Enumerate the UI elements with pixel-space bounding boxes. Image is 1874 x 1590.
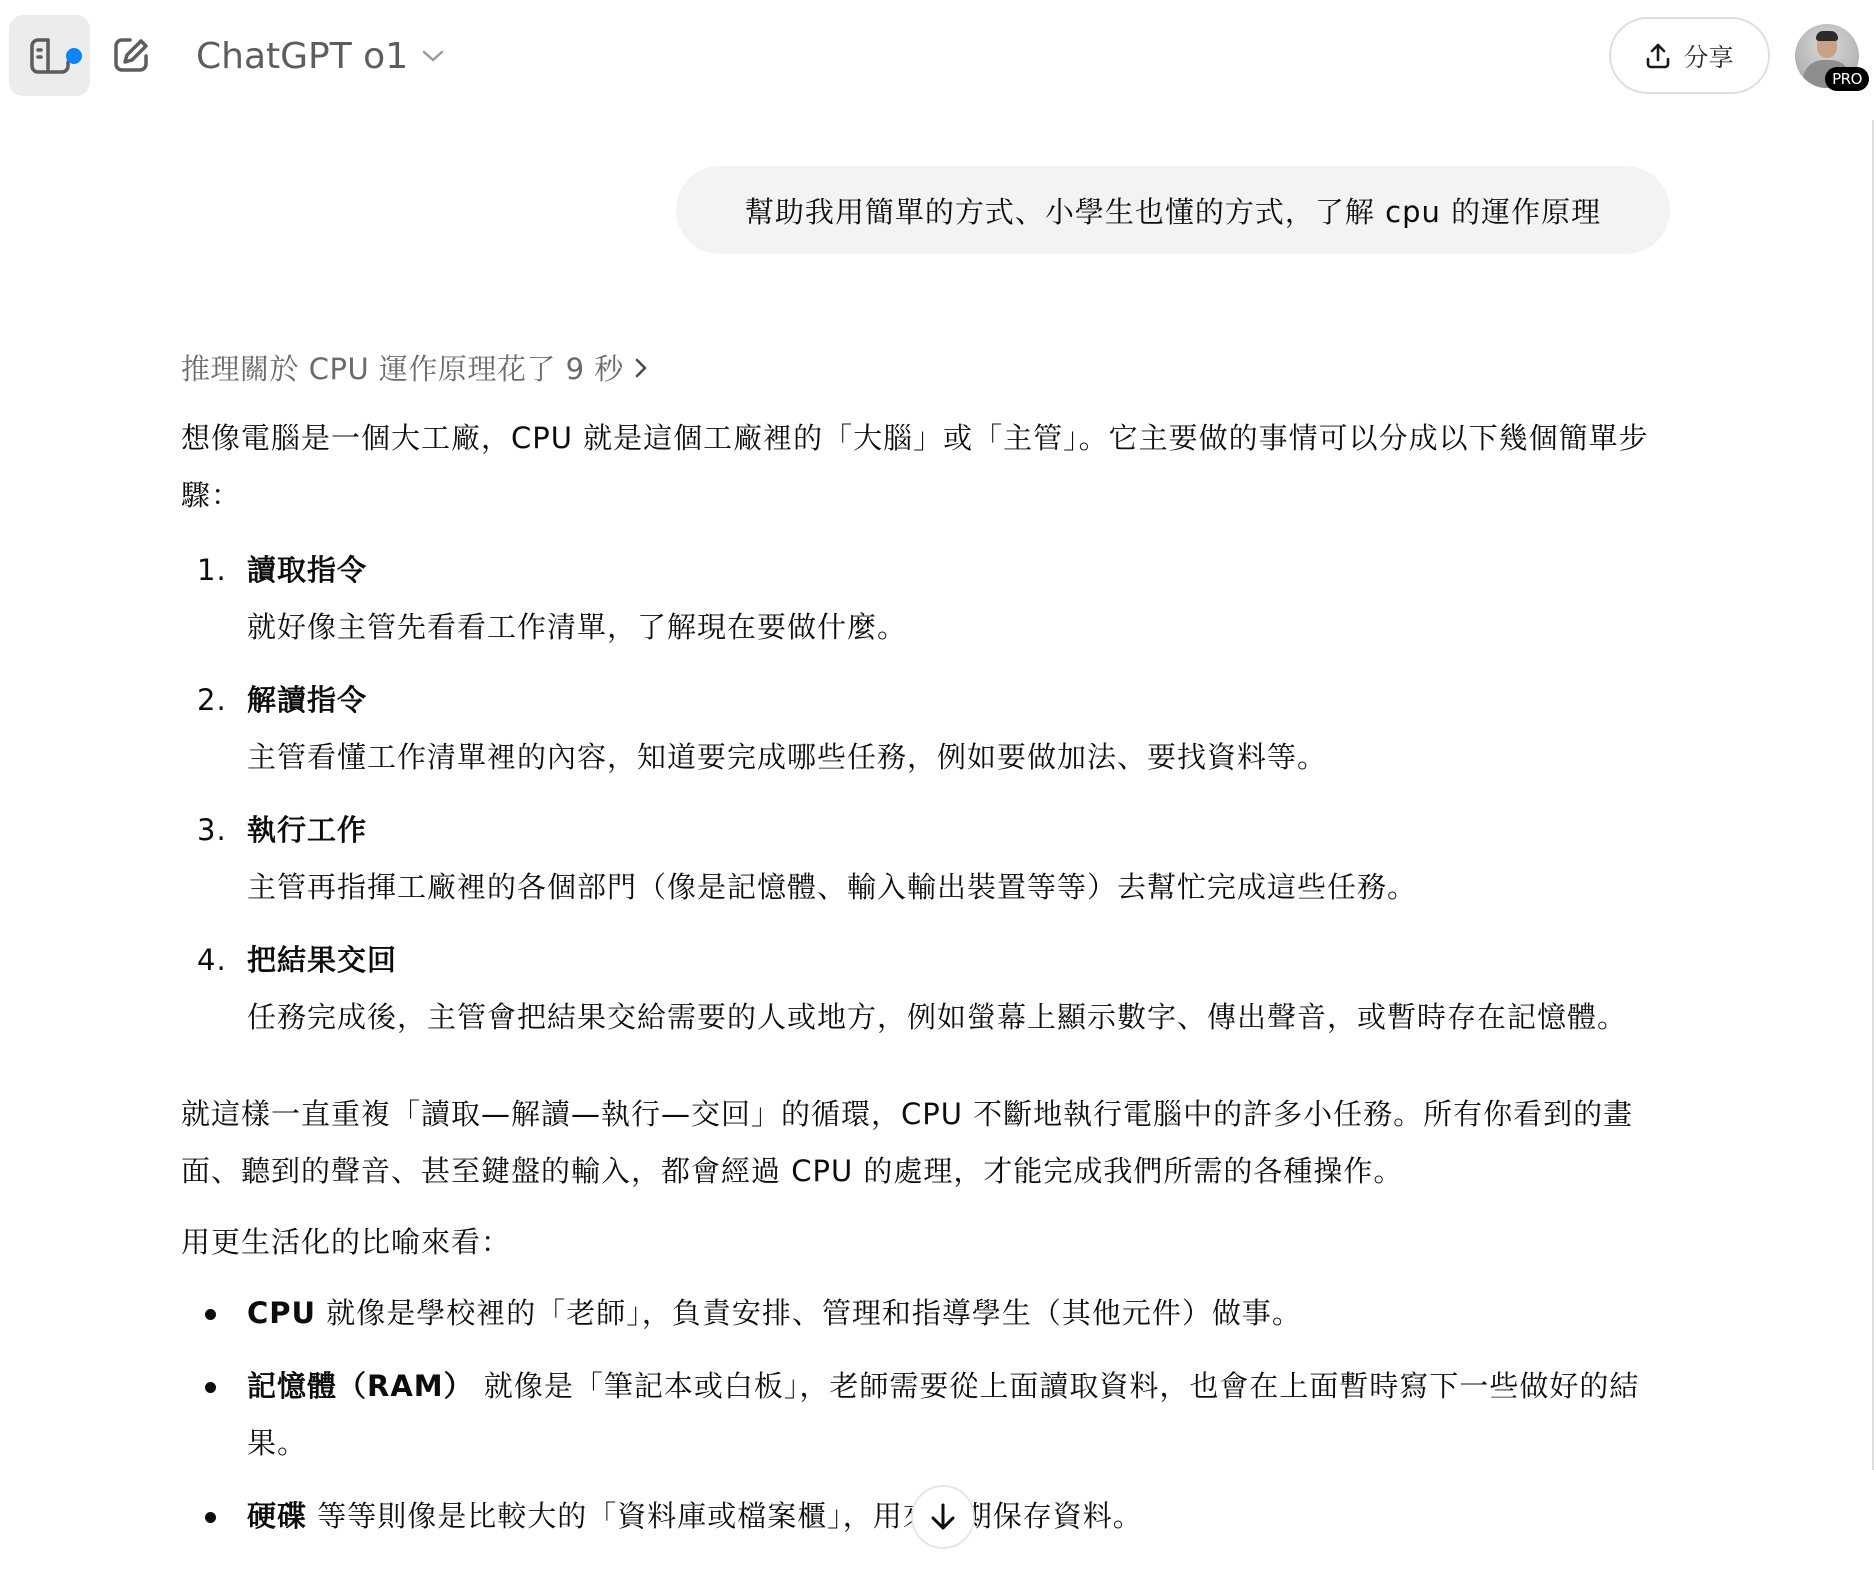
top-bar: ChatGPT o1 分享 PRO [0,0,1874,110]
scroll-to-bottom-button[interactable] [911,1485,975,1549]
sidebar-icon [28,36,72,76]
steps-list: 1. 讀取指令 就好像主管先看看工作清單，了解現在要做什麼。 2. 解讀指令 主… [181,542,1671,1046]
analogy-term: 記憶體（RAM） [247,1369,474,1403]
reasoning-summary-toggle[interactable]: 推理關於 CPU 運作原理花了 9 秒 [181,347,648,388]
step-title: 把結果交回 [247,932,1671,989]
step-number: 3. [197,802,227,859]
analogy-term: CPU [247,1296,316,1330]
assistant-message: 想像電腦是一個大工廠，CPU 就是這個工廠裡的「大腦」或「主管」。它主要做的事情… [181,410,1671,1561]
step-description: 任務完成後，主管會把結果交給需要的人或地方，例如螢幕上顯示數字、傳出聲音，或暫時… [247,989,1671,1046]
notification-dot [66,48,82,64]
edit-icon [111,35,151,75]
reasoning-summary-text: 推理關於 CPU 運作原理花了 9 秒 [181,347,624,388]
model-name: ChatGPT o1 [196,36,408,77]
step-number: 2. [197,672,227,729]
analogy-text: 就像是學校裡的「老師」，負責安排、管理和指導學生（其他元件）做事。 [316,1296,1302,1330]
share-button[interactable]: 分享 [1609,17,1770,94]
step-number: 4. [197,932,227,989]
model-selector[interactable]: ChatGPT o1 [196,28,444,84]
arrow-down-icon [929,1502,957,1532]
chevron-right-icon [634,357,648,379]
step-item: 2. 解讀指令 主管看懂工作清單裡的內容，知道要完成哪些任務，例如要做加法、要找… [181,672,1671,786]
pro-badge: PRO [1825,67,1869,91]
step-item: 4. 把結果交回 任務完成後，主管會把結果交給需要的人或地方，例如螢幕上顯示數字… [181,932,1671,1046]
intro-paragraph: 想像電腦是一個大工廠，CPU 就是這個工廠裡的「大腦」或「主管」。它主要做的事情… [181,410,1671,524]
share-label: 分享 [1683,38,1733,74]
step-item: 1. 讀取指令 就好像主管先看看工作清單，了解現在要做什麼。 [181,542,1671,656]
new-chat-button[interactable] [104,28,158,82]
bullet-icon [205,1512,216,1523]
analogy-intro: 用更生活化的比喻來看： [181,1214,1671,1271]
avatar-hair [1816,31,1838,41]
step-title: 執行工作 [247,802,1671,859]
analogy-item: CPU 就像是學校裡的「老師」，負責安排、管理和指導學生（其他元件）做事。 [181,1285,1671,1342]
step-description: 主管看懂工作清單裡的內容，知道要完成哪些任務，例如要做加法、要找資料等。 [247,729,1671,786]
analogy-item: 記憶體（RAM） 就像是「筆記本或白板」，老師需要從上面讀取資料，也會在上面暫時… [181,1358,1671,1472]
user-message: 幫助我用簡單的方式、小學生也懂的方式，了解 cpu 的運作原理 [676,166,1670,254]
user-message-text: 幫助我用簡單的方式、小學生也懂的方式，了解 cpu 的運作原理 [745,190,1601,231]
bullet-icon [205,1309,216,1320]
summary-paragraph: 就這樣一直重複「讀取—解讀—執行—交回」的循環，CPU 不斷地執行電腦中的許多小… [181,1086,1671,1200]
analogy-text: 等等則像是比較大的「資料庫或檔案櫃」，用來長期保存資料。 [307,1499,1143,1533]
step-title: 讀取指令 [247,542,1671,599]
step-number: 1. [197,542,227,599]
analogy-term: 硬碟 [247,1499,307,1533]
bullet-icon [205,1382,216,1393]
step-title: 解讀指令 [247,672,1671,729]
step-description: 主管再指揮工廠裡的各個部門（像是記憶體、輸入輸出裝置等等）去幫忙完成這些任務。 [247,859,1671,916]
toggle-sidebar-button[interactable] [9,15,90,96]
conversation-area: 幫助我用簡單的方式、小學生也懂的方式，了解 cpu 的運作原理 推理關於 CPU… [0,110,1874,1590]
step-description: 就好像主管先看看工作清單，了解現在要做什麼。 [247,599,1671,656]
chevron-down-icon [422,49,444,63]
share-upload-icon [1645,42,1671,70]
step-item: 3. 執行工作 主管再指揮工廠裡的各個部門（像是記憶體、輸入輸出裝置等等）去幫忙… [181,802,1671,916]
